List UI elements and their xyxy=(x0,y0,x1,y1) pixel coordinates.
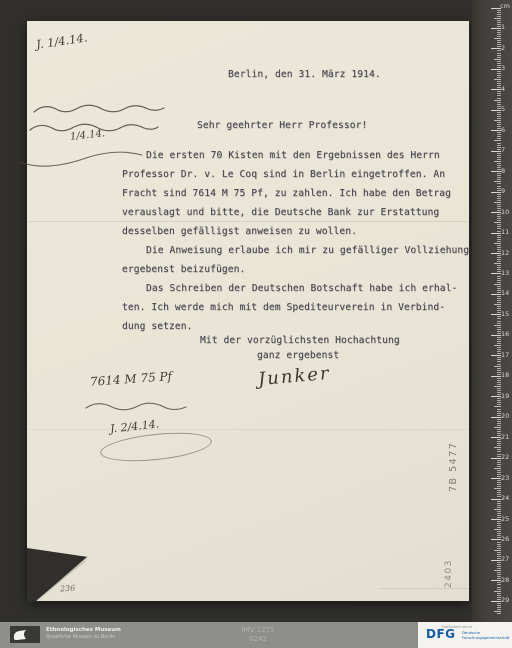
ruler-tick xyxy=(497,431,502,432)
ruler-tick xyxy=(494,284,501,285)
ruler-number: 16 xyxy=(501,331,510,338)
typed-line: ten. Ich werde mich mit dem Spediteurver… xyxy=(122,303,445,314)
ruler-number: 11 xyxy=(501,229,510,236)
ruler-tick xyxy=(491,28,501,29)
ruler-unit-label: cm xyxy=(500,2,510,10)
ruler-tick xyxy=(497,472,502,473)
typed-line: Fracht sind 7614 M 75 Pf, zu zahlen. Ich… xyxy=(122,189,451,200)
ruler-tick xyxy=(497,359,502,360)
ruler-tick xyxy=(491,519,501,520)
ruler-tick xyxy=(497,409,502,410)
typed-line: desselben gefälligst anweisen zu wollen. xyxy=(122,227,357,238)
fold-crease xyxy=(380,588,468,589)
ruler-tick xyxy=(497,30,502,31)
typed-line: Professor Dr. v. Le Coq sind in Berlin e… xyxy=(122,170,445,181)
ruler-tick xyxy=(497,261,502,262)
ruler-tick xyxy=(497,32,502,33)
ruler-tick xyxy=(497,282,502,283)
ruler-tick xyxy=(497,419,502,420)
ruler-tick xyxy=(497,464,502,465)
ruler-tick xyxy=(497,404,502,405)
ruler-tick xyxy=(491,580,501,581)
ruler-tick xyxy=(497,439,502,440)
ruler-number: 5 xyxy=(501,106,510,113)
ruler-tick xyxy=(497,10,502,11)
handwriting-flourish xyxy=(16,146,146,172)
ruler-tick xyxy=(497,95,502,96)
ruler-tick xyxy=(497,513,502,514)
ruler-tick xyxy=(491,233,501,234)
ruler-tick xyxy=(497,337,502,338)
ruler-tick xyxy=(491,314,501,315)
ruler-number: 9 xyxy=(501,188,510,195)
ruler-tick xyxy=(497,327,502,328)
ruler-tick xyxy=(497,531,502,532)
ruler-tick xyxy=(494,550,501,551)
institution-name: Ethnologisches Museum xyxy=(46,627,121,633)
dateline: Berlin, den 31. März 1914. xyxy=(228,70,381,81)
ruler-number: 1 xyxy=(501,24,510,31)
ruler-number: 6 xyxy=(501,127,510,134)
ruler-tick xyxy=(494,325,501,326)
ruler-number: 18 xyxy=(501,372,510,379)
ruler-tick xyxy=(497,505,502,506)
ruler-tick xyxy=(497,607,502,608)
ruler-tick xyxy=(497,93,502,94)
ruler-tick xyxy=(497,589,502,590)
ruler-tick xyxy=(497,218,502,219)
ruler-tick xyxy=(491,396,501,397)
ruler-tick xyxy=(497,566,502,567)
salutation: Sehr geehrter Herr Professor! xyxy=(197,121,367,132)
ruler-tick xyxy=(497,14,502,15)
ruler-tick xyxy=(491,273,501,274)
ruler-tick xyxy=(497,177,502,178)
ruler-tick xyxy=(494,18,501,19)
footer-bar: Ethnologisches Museum Staatliche Museen … xyxy=(0,622,512,648)
ruler-tick xyxy=(497,503,502,504)
typed-line: dung setzen. xyxy=(122,322,193,333)
ruler-number: 24 xyxy=(501,495,510,502)
ruler-tick xyxy=(497,50,502,51)
ruler-tick xyxy=(491,560,501,561)
closing-line: Mit der vorzüglichsten Hochachtung xyxy=(200,336,400,347)
ruler-tick xyxy=(497,196,502,197)
ruler-tick xyxy=(497,384,502,385)
ruler-number: 26 xyxy=(501,536,510,543)
ruler-tick xyxy=(497,143,502,144)
ruler-tick xyxy=(494,120,501,121)
ruler-tick xyxy=(497,572,502,573)
ruler-tick xyxy=(497,124,502,125)
ruler-tick xyxy=(497,122,502,123)
ruler-tick xyxy=(497,321,502,322)
ruler-tick xyxy=(494,79,501,80)
ruler-tick xyxy=(497,544,502,545)
ruler-tick xyxy=(491,130,501,131)
ruler-tick xyxy=(497,421,502,422)
ruler-tick xyxy=(497,302,502,303)
ruler-tick xyxy=(491,417,501,418)
fold-crease xyxy=(28,429,468,430)
torn-corner xyxy=(27,545,93,605)
ruler-tick xyxy=(491,437,501,438)
ruler-tick xyxy=(497,484,502,485)
ruler-number: 2 xyxy=(501,45,510,52)
ruler-tick xyxy=(494,140,501,141)
ruler-tick xyxy=(497,486,502,487)
ruler-tick xyxy=(491,355,501,356)
ruler-tick xyxy=(497,482,502,483)
ruler-tick xyxy=(497,138,502,139)
ruler-tick xyxy=(497,61,502,62)
ruler-tick xyxy=(497,40,502,41)
ruler-tick xyxy=(497,361,502,362)
ruler-tick xyxy=(497,12,502,13)
dfg-logo: DFG xyxy=(426,628,456,640)
ruler-tick xyxy=(497,400,502,401)
ruler-tick xyxy=(497,552,502,553)
ruler-tick xyxy=(497,235,502,236)
ruler-tick xyxy=(494,304,501,305)
fold-crease xyxy=(28,221,468,222)
typed-line: Das Schreiben der Deutschen Botschaft ha… xyxy=(146,284,457,295)
ruler-tick xyxy=(494,468,501,469)
ruler-tick xyxy=(497,339,502,340)
ruler-tick xyxy=(497,102,502,103)
ruler-tick xyxy=(494,611,501,612)
ruler-tick xyxy=(497,276,502,277)
ruler-tick xyxy=(497,239,502,240)
ruler-tick xyxy=(497,546,502,547)
ruler-tick xyxy=(497,429,502,430)
scan-number: 0242 xyxy=(222,635,294,643)
ruler-tick xyxy=(497,490,502,491)
ruler-tick xyxy=(497,255,502,256)
ruler-tick xyxy=(494,591,501,592)
ruler-tick xyxy=(497,445,502,446)
ruler-tick xyxy=(494,161,501,162)
ruler-tick xyxy=(497,523,502,524)
ruler-tick xyxy=(497,443,502,444)
ruler-tick xyxy=(497,323,502,324)
funding-name-line2: Forschungsgemeinschaft xyxy=(462,635,509,640)
ruler-number: 12 xyxy=(501,250,510,257)
ruler-number: 19 xyxy=(501,393,510,400)
ruler-tick xyxy=(494,38,501,39)
ruler-tick xyxy=(497,114,502,115)
ruler-number: 3 xyxy=(501,65,510,72)
ruler-tick xyxy=(491,192,501,193)
ruler-tick xyxy=(491,601,501,602)
ruler-tick xyxy=(497,55,502,56)
ruler-tick xyxy=(497,118,502,119)
ruler-tick xyxy=(497,165,502,166)
ruler-tick xyxy=(497,75,502,76)
ruler-tick xyxy=(497,206,502,207)
ruler-tick xyxy=(491,335,501,336)
ruler-tick xyxy=(497,507,502,508)
ruler-tick xyxy=(497,53,502,54)
closing-line: ganz ergebenst xyxy=(257,351,339,362)
ruler-tick xyxy=(497,216,502,217)
ruler-tick xyxy=(497,441,502,442)
ruler-number: 7 xyxy=(501,147,510,154)
ruler-number: 22 xyxy=(501,454,510,461)
ruler-tick xyxy=(497,36,502,37)
ruler: cm 1234567891011121314151617181920212223… xyxy=(472,0,512,622)
ruler-tick xyxy=(494,366,501,367)
ruler-tick xyxy=(497,81,502,82)
ruler-tick xyxy=(497,298,502,299)
typed-line: Die ersten 70 Kisten mit den Ergebnissen… xyxy=(146,151,440,162)
ruler-tick xyxy=(497,132,502,133)
ruler-tick xyxy=(497,562,502,563)
ruler-tick xyxy=(497,460,502,461)
ruler-tick xyxy=(497,521,502,522)
ruler-tick xyxy=(497,175,502,176)
ruler-number: 28 xyxy=(501,577,510,584)
ruler-tick xyxy=(491,69,501,70)
ruler-tick xyxy=(491,253,501,254)
ruler-tick xyxy=(497,204,502,205)
ruler-tick xyxy=(497,511,502,512)
ruler-tick xyxy=(497,527,502,528)
ruler-tick xyxy=(497,582,502,583)
ruler-tick xyxy=(494,100,501,101)
ruler-tick xyxy=(494,181,501,182)
ruler-tick xyxy=(497,259,502,260)
ruler-tick xyxy=(497,603,502,604)
ruler-tick xyxy=(497,357,502,358)
ruler-tick xyxy=(497,480,502,481)
ruler-tick xyxy=(497,116,502,117)
ruler-tick xyxy=(497,542,502,543)
ruler-tick xyxy=(497,462,502,463)
margin-number-vertical: 2403 xyxy=(444,559,454,588)
corner-pencil-number: 236 xyxy=(60,583,76,593)
ruler-tick xyxy=(497,449,502,450)
ruler-tick xyxy=(497,237,502,238)
ruler-tick xyxy=(497,548,502,549)
ruler-tick xyxy=(497,398,502,399)
ruler-tick xyxy=(497,286,502,287)
ruler-number: 23 xyxy=(501,475,510,482)
ruler-tick xyxy=(494,243,501,244)
ruler-tick xyxy=(497,194,502,195)
ruler-tick xyxy=(497,278,502,279)
ruler-tick xyxy=(497,470,502,471)
ruler-tick xyxy=(491,539,501,540)
ruler-tick xyxy=(497,136,502,137)
ruler-tick xyxy=(497,159,502,160)
ruler-tick xyxy=(497,382,502,383)
ruler-tick xyxy=(497,466,502,467)
ruler-tick xyxy=(497,73,502,74)
ruler-tick xyxy=(497,257,502,258)
ruler-tick xyxy=(497,318,502,319)
typed-line: ergebenst beizufügen. xyxy=(122,265,245,276)
ruler-tick xyxy=(497,425,502,426)
ruler-tick xyxy=(497,112,502,113)
ruler-tick xyxy=(494,509,501,510)
ruler-tick xyxy=(497,134,502,135)
ruler-tick xyxy=(497,241,502,242)
ruler-tick xyxy=(497,98,502,99)
ruler-tick xyxy=(497,347,502,348)
margin-shelfmark-vertical: 7B 5477 xyxy=(448,442,459,492)
ruler-tick xyxy=(497,245,502,246)
ruler-tick xyxy=(497,423,502,424)
ruler-tick xyxy=(497,525,502,526)
ruler-tick xyxy=(497,380,502,381)
ruler-tick xyxy=(494,570,501,571)
ruler-tick xyxy=(494,222,501,223)
typed-line: Die Anweisung erlaube ich mir zu gefälli… xyxy=(146,246,469,257)
ruler-tick xyxy=(497,584,502,585)
ruler-tick xyxy=(497,155,502,156)
ruler-tick xyxy=(494,427,501,428)
ruler-tick xyxy=(497,316,502,317)
ruler-number: 17 xyxy=(501,352,510,359)
ruler-tick xyxy=(491,89,501,90)
ruler-tick xyxy=(497,224,502,225)
ruler-tick xyxy=(497,265,502,266)
ruler-tick xyxy=(491,376,501,377)
ruler-tick xyxy=(491,458,501,459)
ruler-tick xyxy=(494,263,501,264)
ruler-tick xyxy=(497,20,502,21)
ruler-tick xyxy=(491,8,501,9)
ruler-tick xyxy=(491,48,501,49)
ruler-number: 27 xyxy=(501,556,510,563)
ruler-tick xyxy=(491,478,501,479)
ruler-tick xyxy=(494,406,501,407)
ruler-tick xyxy=(497,568,502,569)
ruler-tick xyxy=(491,171,501,172)
ruler-tick xyxy=(494,59,501,60)
institution-subtitle: Staatliche Museen zu Berlin xyxy=(46,634,115,640)
ruler-tick xyxy=(497,220,502,221)
ruler-tick xyxy=(497,153,502,154)
ruler-tick xyxy=(497,200,502,201)
ruler-tick xyxy=(497,214,502,215)
ruler-tick xyxy=(497,388,502,389)
ruler-tick xyxy=(497,593,502,594)
ruler-tick xyxy=(497,157,502,158)
ruler-tick xyxy=(494,447,501,448)
ruler-tick xyxy=(497,280,502,281)
ruler-number: 4 xyxy=(501,86,510,93)
ruler-tick xyxy=(497,183,502,184)
ruler-tick xyxy=(497,77,502,78)
ruler-tick xyxy=(491,294,501,295)
ruler-number: 20 xyxy=(501,413,510,420)
ruler-tick xyxy=(491,212,501,213)
ruler-tick xyxy=(497,368,502,369)
ruler-tick xyxy=(497,378,502,379)
ruler-tick xyxy=(497,364,502,365)
ruler-tick xyxy=(494,529,501,530)
ruler-tick xyxy=(497,402,502,403)
ruler-tick xyxy=(494,488,501,489)
ruler-number: 8 xyxy=(501,168,510,175)
ruler-tick xyxy=(497,91,502,92)
ruler-tick xyxy=(497,613,502,614)
ruler-number: 10 xyxy=(501,209,510,216)
ruler-tick xyxy=(491,499,501,500)
ruler-tick xyxy=(497,605,502,606)
ruler-number: 14 xyxy=(501,290,510,297)
ruler-tick xyxy=(497,609,502,610)
illegible-handwriting xyxy=(80,396,192,418)
ruler-number: 13 xyxy=(501,270,510,277)
ruler-tick xyxy=(494,202,501,203)
ruler-tick xyxy=(497,247,502,248)
ruler-tick xyxy=(497,34,502,35)
ruler-tick xyxy=(491,151,501,152)
ruler-tick xyxy=(497,57,502,58)
ruler-tick xyxy=(497,179,502,180)
ruler-tick xyxy=(497,341,502,342)
ruler-tick xyxy=(497,564,502,565)
object-id: IMV 1275 xyxy=(222,626,294,634)
ruler-number: 15 xyxy=(501,311,510,318)
ruler-tick xyxy=(497,296,502,297)
ruler-tick xyxy=(497,343,502,344)
ruler-number: 29 xyxy=(501,597,510,604)
ruler-tick xyxy=(497,587,502,588)
funding-logo-box: Gefördert durch DFG Deutsche Forschungsg… xyxy=(418,622,512,648)
ruler-tick xyxy=(491,110,501,111)
typed-line: verauslagt und bitte, die Deutsche Bank … xyxy=(122,208,439,219)
ruler-tick xyxy=(497,163,502,164)
ruler-tick xyxy=(497,300,502,301)
ruler-tick xyxy=(497,390,502,391)
ruler-tick xyxy=(497,71,502,72)
ruler-tick xyxy=(494,345,501,346)
ruler-tick xyxy=(497,16,502,17)
ruler-number: 25 xyxy=(501,516,510,523)
ruler-tick xyxy=(497,501,502,502)
ruler-tick xyxy=(497,198,502,199)
ruler-tick xyxy=(494,386,501,387)
museum-logo-icon xyxy=(10,626,40,643)
ruler-number: 21 xyxy=(501,434,510,441)
ruler-tick xyxy=(497,173,502,174)
ruler-tick xyxy=(497,306,502,307)
